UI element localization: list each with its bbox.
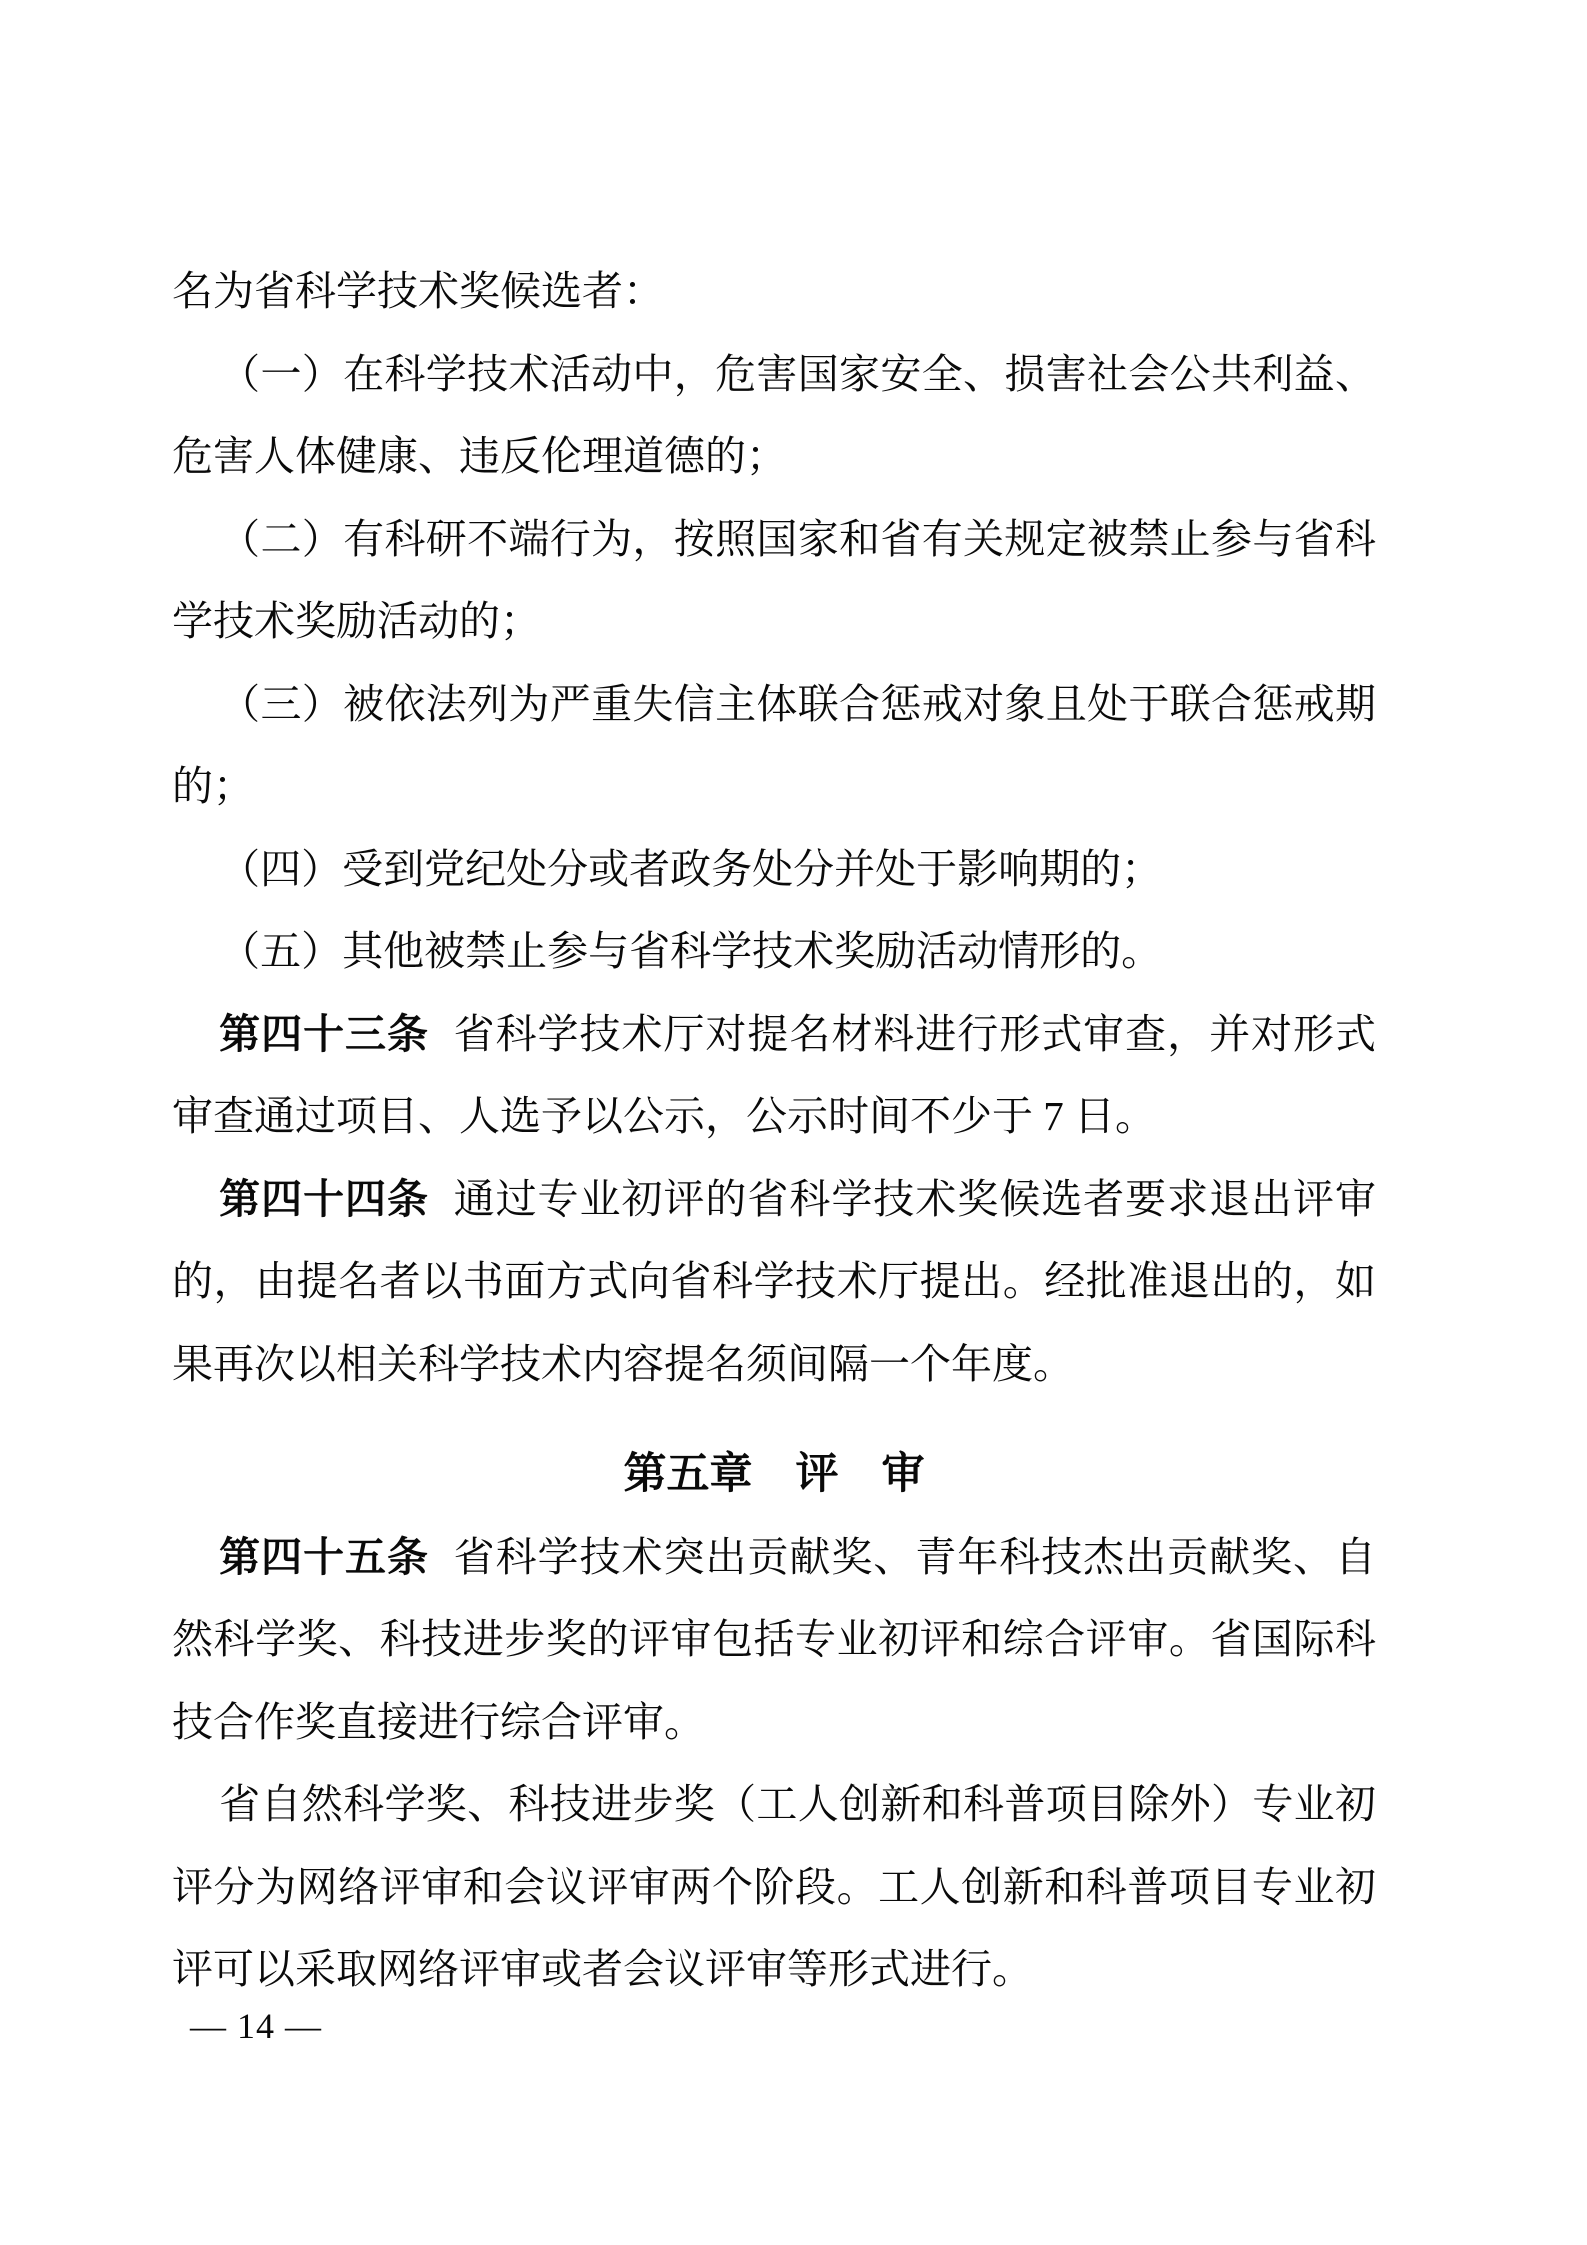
list-item-1: （一）在科学技术活动中，危害国家安全、损害社会公共利益、危害人体健康、违反伦理道…: [172, 333, 1376, 498]
continuation-line: 名为省科学技术奖候选者：: [172, 250, 1376, 333]
document-body: 名为省科学技术奖候选者： （一）在科学技术活动中，危害国家安全、损害社会公共利益…: [172, 250, 1376, 2011]
article-44-number: 第四十四条: [219, 1176, 429, 1222]
article-45-paragraph: 第四十五条省科学技术突出贡献奖、青年科技杰出贡献奖、自然科学奖、科技进步奖的评审…: [172, 1516, 1376, 1764]
body-paragraph: 省自然科学奖、科技进步奖（工人创新和科普项目除外）专业初评分为网络评审和会议评审…: [172, 1763, 1376, 2011]
list-item-2: （二）有科研不端行为，按照国家和省有关规定被禁止参与省科学技术奖励活动的；: [172, 498, 1376, 663]
chapter-5-heading: 第五章 评 审: [172, 1433, 1376, 1516]
list-item-3: （三）被依法列为严重失信主体联合惩戒对象且处于联合惩戒期的；: [172, 663, 1376, 828]
article-43-paragraph: 第四十三条省科学技术厅对提名材料进行形式审查，并对形式审查通过项目、人选予以公示…: [172, 993, 1376, 1158]
page-number: — 14 —: [190, 2006, 322, 2046]
article-44-paragraph: 第四十四条通过专业初评的省科学技术奖候选者要求退出评审的，由提名者以书面方式向省…: [172, 1158, 1376, 1406]
article-45-number: 第四十五条: [219, 1534, 429, 1580]
document-page: 名为省科学技术奖候选者： （一）在科学技术活动中，危害国家安全、损害社会公共利益…: [0, 0, 1587, 2245]
list-item-5: （五）其他被禁止参与省科学技术奖励活动情形的。: [172, 910, 1376, 993]
list-item-4: （四）受到党纪处分或者政务处分并处于影响期的；: [172, 828, 1376, 911]
article-43-number: 第四十三条: [219, 1011, 429, 1057]
